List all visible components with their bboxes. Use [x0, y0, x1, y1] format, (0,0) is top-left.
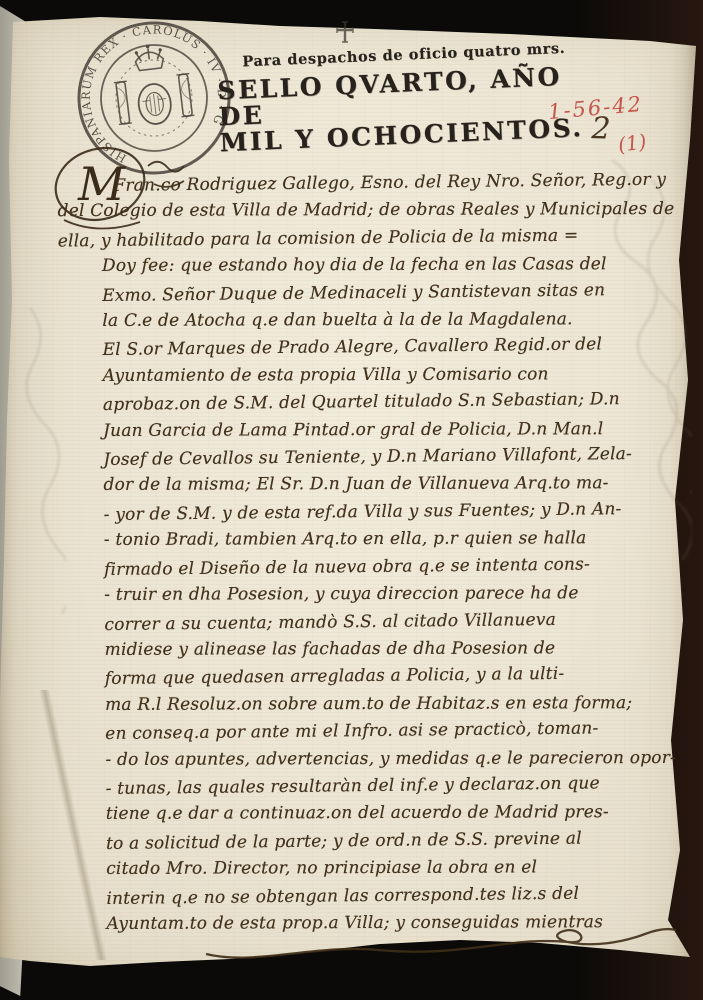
closing-flourish — [140, 912, 685, 964]
manuscript-line: - truir en dha Posesion, y cuya direccio… — [58, 580, 680, 610]
folio-number: (1) — [616, 129, 647, 157]
document-scan: HISPANIARUM REX · CAROLUS · IV · D · G P… — [0, 0, 703, 1000]
manuscript-line: del Colegio de esta Villa de Madrid; de … — [56, 196, 678, 226]
manuscript-text: Fran.co Rodriguez Gallego, Esno. del Rey… — [55, 168, 682, 940]
cross-mark-icon — [334, 19, 356, 45]
manuscript-line: El S.or Marques de Prado Alegre, Cavalle… — [56, 331, 678, 365]
manuscript-line: dor de la misma; El Sr. D.n Juan de Vill… — [57, 470, 679, 500]
fiscal-stamp: Para despachos de oficio quatro mrs. SEL… — [216, 38, 620, 157]
manuscript-line: aprobaz.on de S.M. del Quartel titulado … — [57, 386, 679, 420]
manuscript-line: en conseq.a por ante mi el Infro. asi se… — [59, 715, 681, 749]
manuscript-line: forma que quedasen arregladas a Policia,… — [59, 660, 681, 694]
manuscript-line: Doy fee: que estando hoy dia de la fecha… — [56, 251, 678, 281]
manuscript-line: citado Mro. Director, no principiase la … — [60, 854, 682, 884]
manuscript-line: - tonio Bradi, tambien Arq.to en ella, p… — [58, 525, 680, 555]
stamp-handwritten-mark: 2 — [591, 118, 611, 141]
manuscript-line: tiene q.e dar a continuaz.on del acuerdo… — [60, 799, 682, 829]
